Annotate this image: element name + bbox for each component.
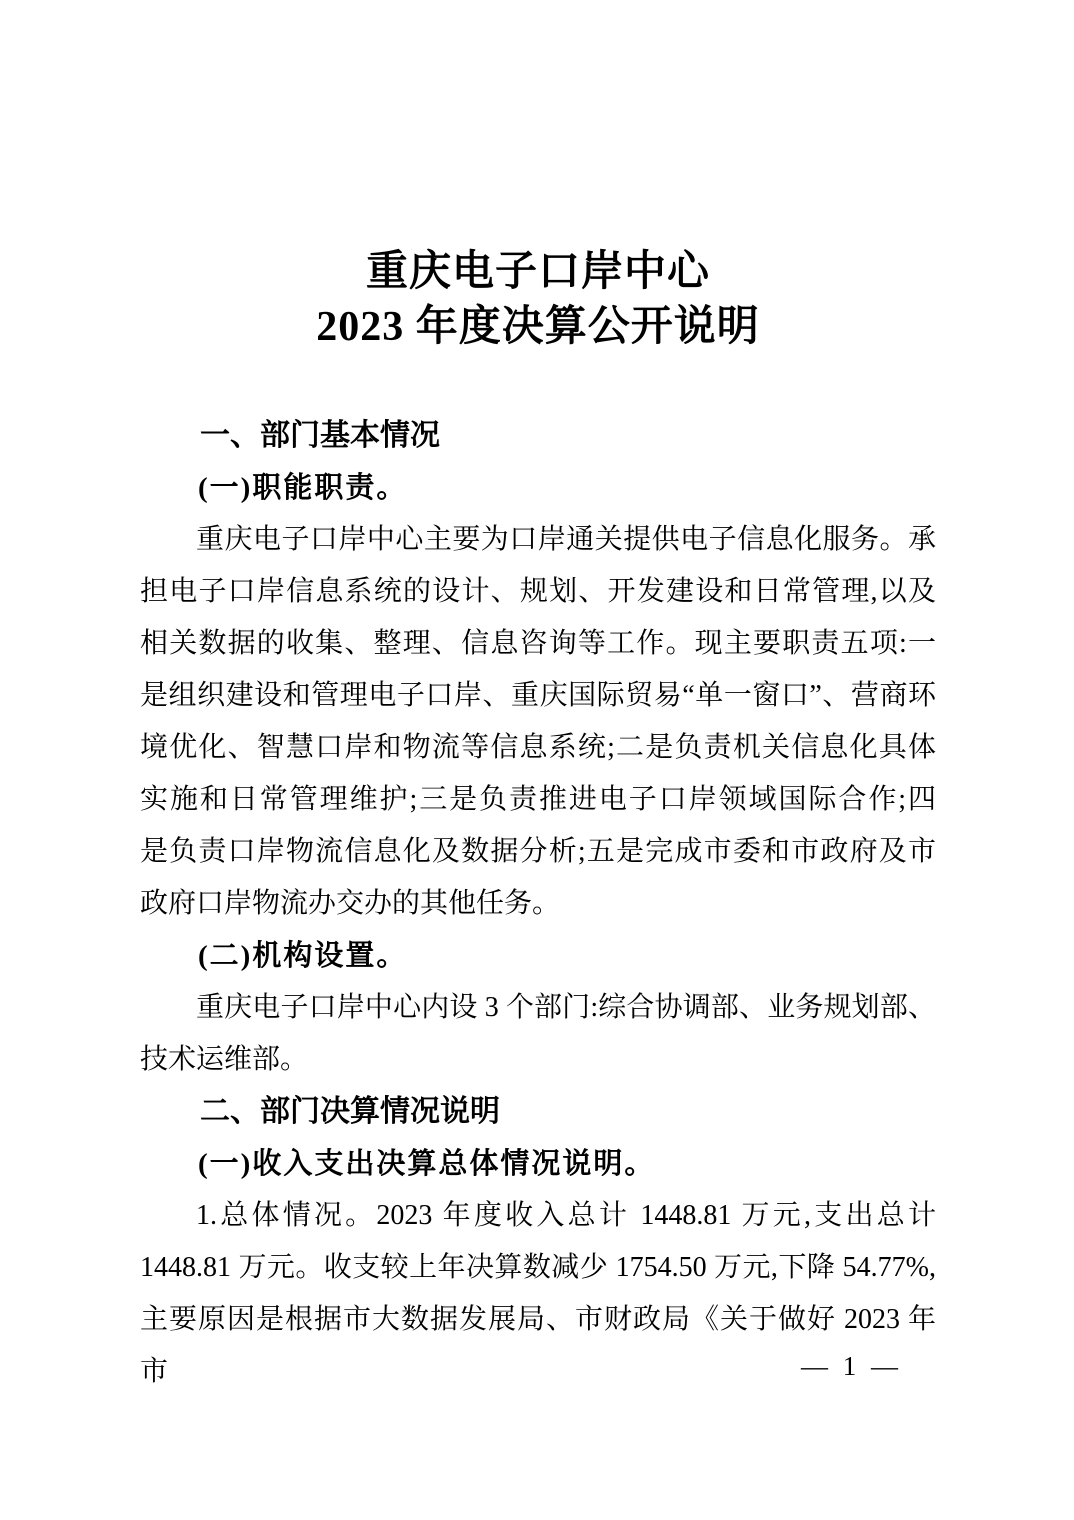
- title-line-2: 2023 年度决算公开说明: [140, 300, 936, 355]
- page-number: — 1 —: [801, 1351, 902, 1382]
- subheading-2-1: (一)收入支出决算总体情况说明。: [140, 1138, 936, 1190]
- document-page: 重庆电子口岸中心 2023 年度决算公开说明 一、部门基本情况 (一)职能职责。…: [0, 0, 1074, 1520]
- subheading-1-1: (一)职能职责。: [140, 462, 936, 514]
- heading-section-2: 二、部门决算情况说明: [140, 1086, 936, 1138]
- heading-section-1: 一、部门基本情况: [140, 410, 936, 462]
- paragraph-1-line-4: 是组织建设和管理电子口岸、重庆国际贸易“单一窗口”、营商环: [140, 670, 936, 722]
- paragraph-1-line-8: 政府口岸物流办交办的其他任务。: [140, 878, 936, 930]
- paragraph-1-line-6: 实施和日常管理维护;三是负责推进电子口岸领域国际合作;四: [140, 774, 936, 826]
- paragraph-3-line-3: 主要原因是根据市大数据发展局、市财政局《关于做好 2023 年市: [140, 1294, 936, 1398]
- paragraph-1-line-7: 是负责口岸物流信息化及数据分析;五是完成市委和市政府及市: [140, 826, 936, 878]
- document-content: 重庆电子口岸中心 2023 年度决算公开说明 一、部门基本情况 (一)职能职责。…: [0, 0, 1074, 1398]
- paragraph-1-line-3: 相关数据的收集、整理、信息咨询等工作。现主要职责五项:一: [140, 618, 936, 670]
- title-line-1: 重庆电子口岸中心: [140, 245, 936, 300]
- paragraph-2-line-1: 重庆电子口岸中心内设 3 个部门:综合协调部、业务规划部、: [140, 982, 936, 1034]
- paragraph-3-line-1: 1.总体情况。2023 年度收入总计 1448.81 万元,支出总计: [140, 1190, 936, 1242]
- paragraph-2-line-2: 技术运维部。: [140, 1034, 936, 1086]
- subheading-1-2: (二)机构设置。: [140, 930, 936, 982]
- paragraph-1-line-5: 境优化、智慧口岸和物流等信息系统;二是负责机关信息化具体: [140, 722, 936, 774]
- paragraph-1-line-2: 担电子口岸信息系统的设计、规划、开发建设和日常管理,以及: [140, 566, 936, 618]
- paragraph-3-line-2: 1448.81 万元。收支较上年决算数减少 1754.50 万元,下降 54.7…: [140, 1242, 936, 1294]
- paragraph-1-line-1: 重庆电子口岸中心主要为口岸通关提供电子信息化服务。承: [140, 514, 936, 566]
- document-title: 重庆电子口岸中心 2023 年度决算公开说明: [140, 245, 936, 355]
